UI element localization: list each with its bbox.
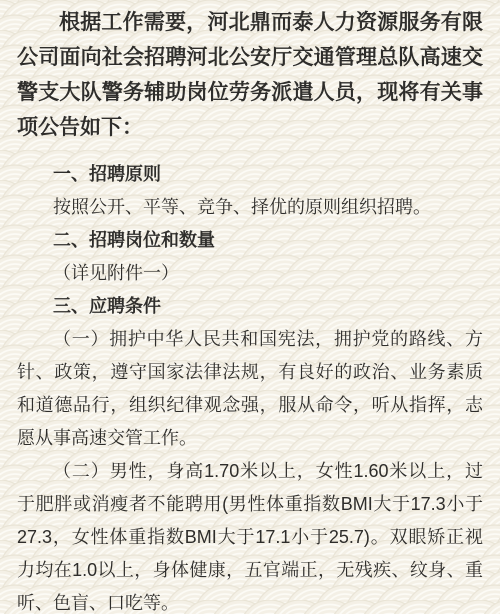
section-heading-positions-and-quantity: 二、招聘岗位和数量: [17, 224, 483, 257]
announcement-document: 根据工作需要，河北鼎而泰人力资源服务有限公司面向社会招聘河北公安厅交通管理总队高…: [0, 0, 500, 614]
intro-paragraph: 根据工作需要，河北鼎而泰人力资源服务有限公司面向社会招聘河北公安厅交通管理总队高…: [17, 5, 483, 145]
section-body-recruitment-principles: 按照公开、平等、竞争、择优的原则组织招聘。: [17, 191, 483, 224]
section-heading-application-conditions: 三、应聘条件: [17, 290, 483, 323]
condition-item-2: （二）男性，身高1.70米以上，女性1.60米以上，过于肥胖或消瘦者不能聘用(男…: [17, 455, 483, 614]
section-heading-recruitment-principles: 一、招聘原则: [17, 158, 483, 191]
condition-item-1: （一）拥护中华人民共和国宪法，拥护党的路线、方针、政策，遵守国家法律法规，有良好…: [17, 323, 483, 455]
section-body-see-attachment-note: （详见附件一）: [17, 257, 483, 290]
